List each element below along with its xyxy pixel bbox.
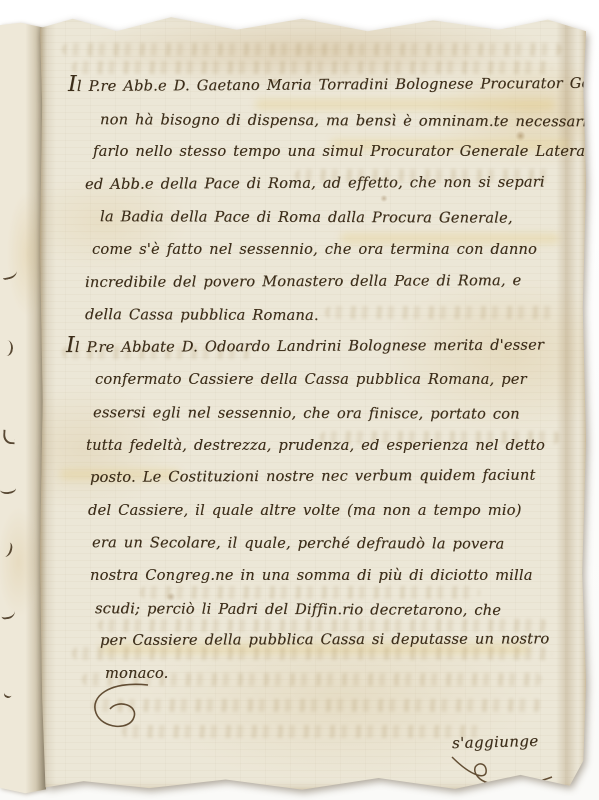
manuscript-line: tutta fedeltà, destrezza, prudenza, ed e… xyxy=(66,430,571,463)
manuscript-line: scudi; perciò li Padri del Diffin.rio de… xyxy=(66,593,571,628)
show-through-row xyxy=(62,43,562,56)
stray-ink-mark xyxy=(3,430,16,445)
manuscript-line: essersi egli nel sessennio, che ora fini… xyxy=(66,397,571,431)
show-through-row xyxy=(122,725,482,738)
stray-ink-mark xyxy=(0,541,13,558)
manuscript-line: come s'è fatto nel sessennio, che ora te… xyxy=(66,234,571,267)
manuscript-line: Il P.re Abb.e D. Gaetano Maria Torradini… xyxy=(66,68,571,104)
manuscript-line: del Cassiere, il quale altre volte (ma n… xyxy=(66,495,571,528)
manuscript-line: confermato Cassiere della Cassa pubblica… xyxy=(66,364,571,397)
paper-surface: Il P.re Abb.e D. Gaetano Maria Torradini… xyxy=(40,11,586,792)
catchword: s'aggiunge xyxy=(452,732,539,752)
stray-ink-mark xyxy=(0,483,16,495)
manuscript-line: per Cassiere della pubblica Cassa si dep… xyxy=(66,623,571,657)
manuscript-line: Il P.re Abbate D. Odoardo Landrini Bolog… xyxy=(66,329,571,364)
manuscript-line: incredibile del povero Monastero della P… xyxy=(66,264,571,299)
manuscript-line: era un Secolare, il quale, perché defrau… xyxy=(66,527,571,561)
manuscript-sheet: Il P.re Abb.e D. Gaetano Maria Torradini… xyxy=(40,11,586,792)
manuscript-line: ed Abb.e della Pace di Roma, ad effetto,… xyxy=(66,166,571,201)
manuscript-line: non hà bisogno di dispensa, ma bensì è o… xyxy=(66,104,571,139)
stray-ink-mark xyxy=(0,339,14,357)
manuscript-line: monaco. xyxy=(66,658,571,691)
manuscript-line: farlo nello stesso tempo una simul Procu… xyxy=(66,136,571,169)
stray-ink-mark xyxy=(0,606,16,620)
stray-ink-mark xyxy=(3,689,13,699)
show-through-row xyxy=(92,699,542,712)
manuscript-line: posto. Le Costituzioni nostre nec verbum… xyxy=(66,459,571,494)
stray-ink-mark xyxy=(1,266,18,281)
manuscript-line: la Badia della Pace di Roma dalla Procur… xyxy=(66,201,571,235)
manuscript-text-block: Il P.re Abb.e D. Gaetano Maria Torradini… xyxy=(66,71,571,690)
manuscript-line: della Cassa pubblica Romana. xyxy=(66,299,571,333)
catchword-flourish xyxy=(448,747,578,793)
manuscript-line: nostra Congreg.ne in una somma di più di… xyxy=(66,560,571,593)
manuscript-scan: Il P.re Abb.e D. Gaetano Maria Torradini… xyxy=(0,0,599,800)
